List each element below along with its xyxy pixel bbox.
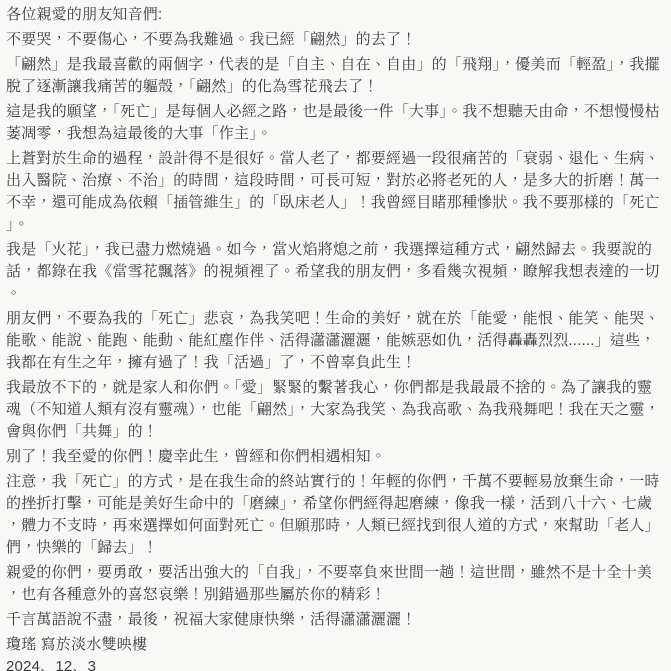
letter-paragraph: 千言萬語說不盡，最後，祝福大家健康快樂，活得瀟瀟灑灑！ — [6, 609, 666, 631]
letter-paragraph: 朋友們，不要為我的「死亡」悲哀，為我笑吧！生命的美好，就在於「能愛，能恨、能笑、… — [6, 308, 666, 374]
farewell-letter: 各位親愛的朋友知音們: 不要哭，不要傷心，不要為我難過。我已經「翩然」的去了！ … — [0, 0, 671, 671]
letter-paragraph: 上蒼對於生命的過程，設計得不是很好。當人老了，都要經過一段很痛苦的「衰弱、退化、… — [6, 148, 666, 236]
letter-paragraph: 我最放不下的，就是家人和你們。「愛」緊緊的繫著我心，你們都是我最最不捨的。為了讓… — [6, 377, 666, 443]
letter-paragraph: 這是我的願望，「死亡」是每個人必經之路，也是最後一件「大事」。我不想聽天由命，不… — [6, 101, 666, 145]
letter-paragraph: 我是「火花」，我已盡力燃燒過。如今，當火焰將熄之前，我選擇這種方式，翩然歸去。我… — [6, 239, 666, 305]
letter-paragraph: 親愛的你們，要勇敢，要活出強大的「自我」，不要辜負來世間一趟！這世間，雖然不是十… — [6, 562, 666, 606]
signature: 瓊瑤 寫於淡水雙映樓 — [6, 634, 666, 656]
letter-date: 2024、12、3 — [6, 656, 666, 671]
letter-paragraph: 注意，我「死亡」的方式，是在我生命的終站實行的！年輕的你們，千萬不要輕易放棄生命… — [6, 471, 666, 559]
letter-paragraph: 「翩然」是我最喜歡的兩個字，代表的是「自主、自在、自由」的「飛翔」，優美而「輕盈… — [6, 54, 666, 98]
letter-paragraph: 別了！我至愛的你們！慶幸此生，曾經和你們相遇相知。 — [6, 446, 666, 468]
salutation: 各位親愛的朋友知音們: — [6, 4, 666, 26]
letter-paragraph: 不要哭，不要傷心，不要為我難過。我已經「翩然」的去了！ — [6, 29, 666, 51]
